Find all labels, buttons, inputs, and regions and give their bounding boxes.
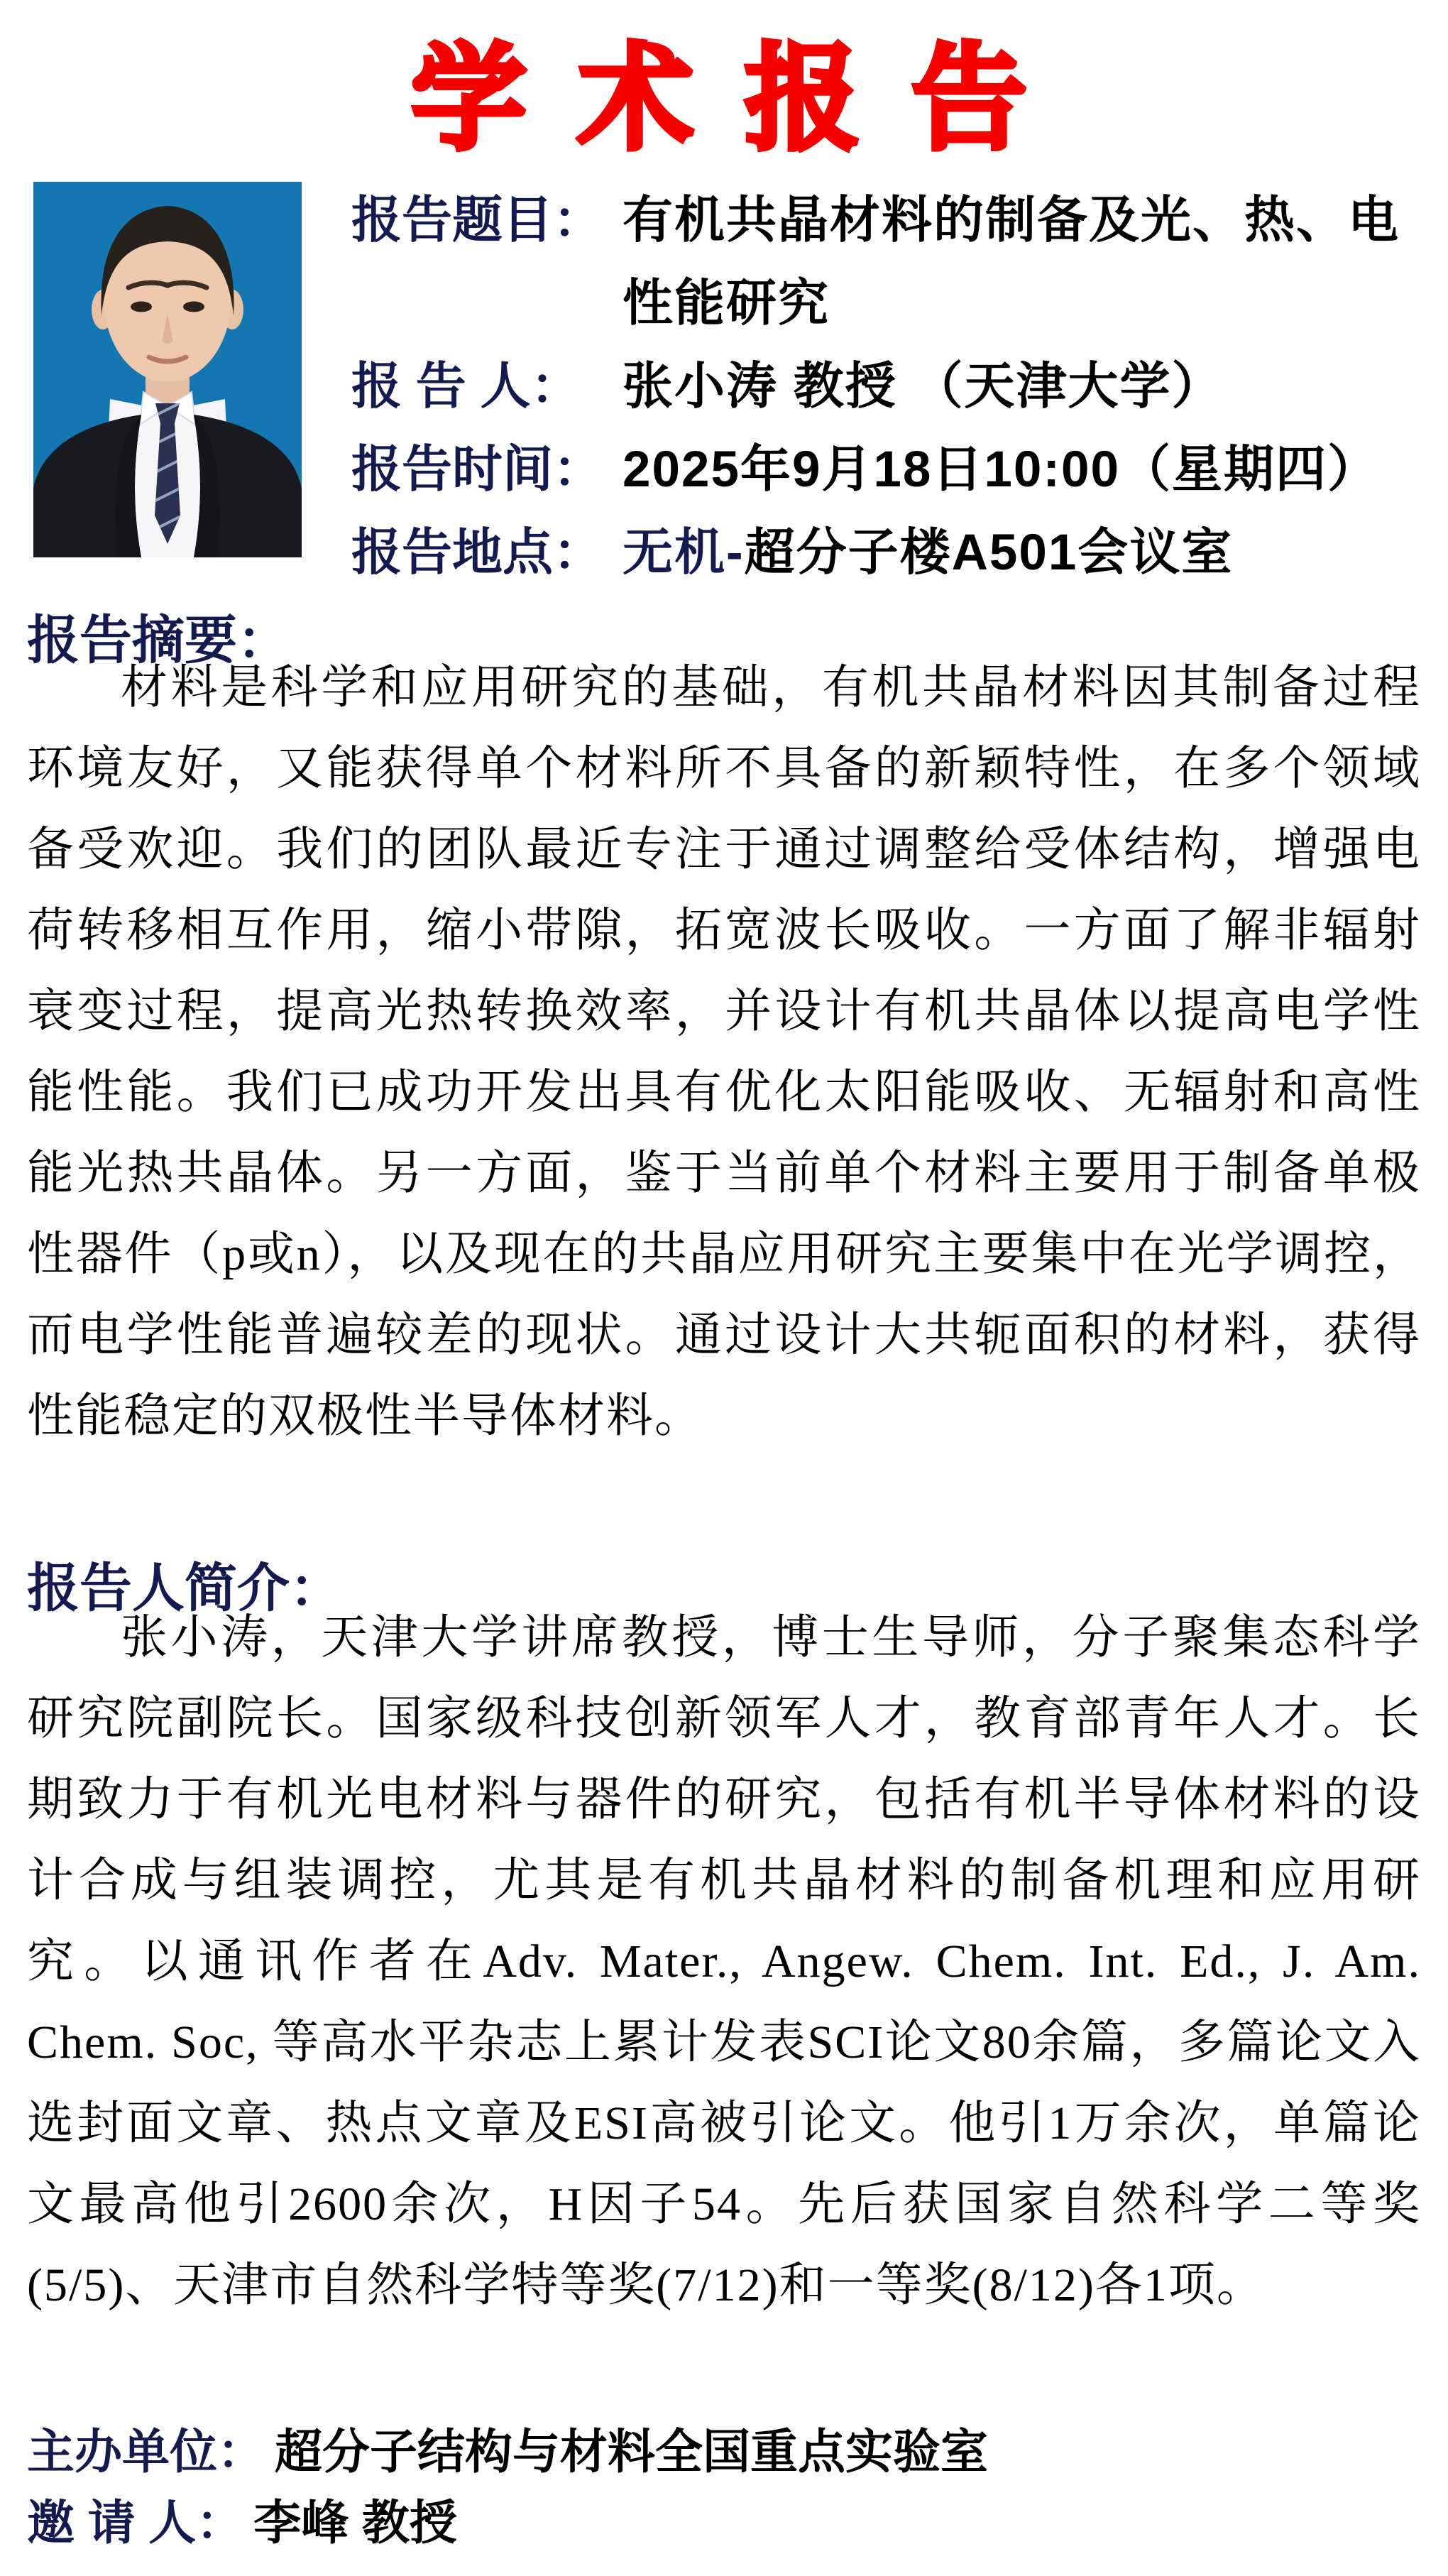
speaker-label: 报 告 人： — [351, 345, 622, 428]
info-row-location: 报告地点： 无机-超分子楼A501会议室 — [351, 511, 1436, 594]
info-row-time: 报告时间： 2025年9月18日10:00（星期四） — [351, 428, 1436, 511]
info-row-topic: 报告题目： 有机共晶材料的制备及光、热、电性能研究 — [351, 179, 1436, 345]
location-value: 无机-超分子楼A501会议室 — [622, 511, 1436, 594]
report-info: 报告题目： 有机共晶材料的制备及光、热、电性能研究 报 告 人： 张小涛 教授 … — [351, 179, 1436, 594]
time-value: 2025年9月18日10:00（星期四） — [622, 428, 1436, 511]
inviter-value: 李峰 教授 — [253, 2496, 457, 2550]
footer-row-inviter: 邀 请 人：李峰 教授 — [27, 2488, 1421, 2559]
host-label: 主办单位： — [27, 2425, 265, 2479]
footer: 主办单位：超分子结构与材料全国重点实验室 邀 请 人：李峰 教授 — [27, 2417, 1421, 2559]
info-row-speaker: 报 告 人： 张小涛 教授 （天津大学） — [351, 345, 1436, 428]
eye-right — [183, 302, 204, 312]
bio-body: 张小涛，天津大学讲席教授，博士生导师，分子聚集态科学研究院副院长。国家级科技创新… — [27, 1598, 1421, 2326]
time-label: 报告时间： — [351, 428, 622, 511]
eye-left — [131, 302, 152, 312]
page-title: 学 术 报 告 — [0, 7, 1448, 172]
topic-label: 报告题目： — [351, 179, 622, 262]
location-label: 报告地点： — [351, 511, 622, 594]
topic-value: 有机共晶材料的制备及光、热、电性能研究 — [622, 179, 1436, 345]
inviter-label: 邀 请 人： — [27, 2496, 243, 2550]
speaker-photo — [33, 182, 302, 557]
location-value-accent: 无机- — [622, 525, 745, 581]
speaker-value: 张小涛 教授 （天津大学） — [622, 345, 1436, 428]
footer-row-host: 主办单位：超分子结构与材料全国重点实验室 — [27, 2417, 1421, 2488]
speaker-portrait-graphic — [33, 182, 302, 557]
location-value-main: 超分子楼A501会议室 — [745, 525, 1234, 581]
abstract-body: 材料是科学和应用研究的基础，有机共晶材料因其制备过程环境友好，又能获得单个材料所… — [27, 648, 1421, 1457]
host-value: 超分子结构与材料全国重点实验室 — [275, 2425, 988, 2479]
